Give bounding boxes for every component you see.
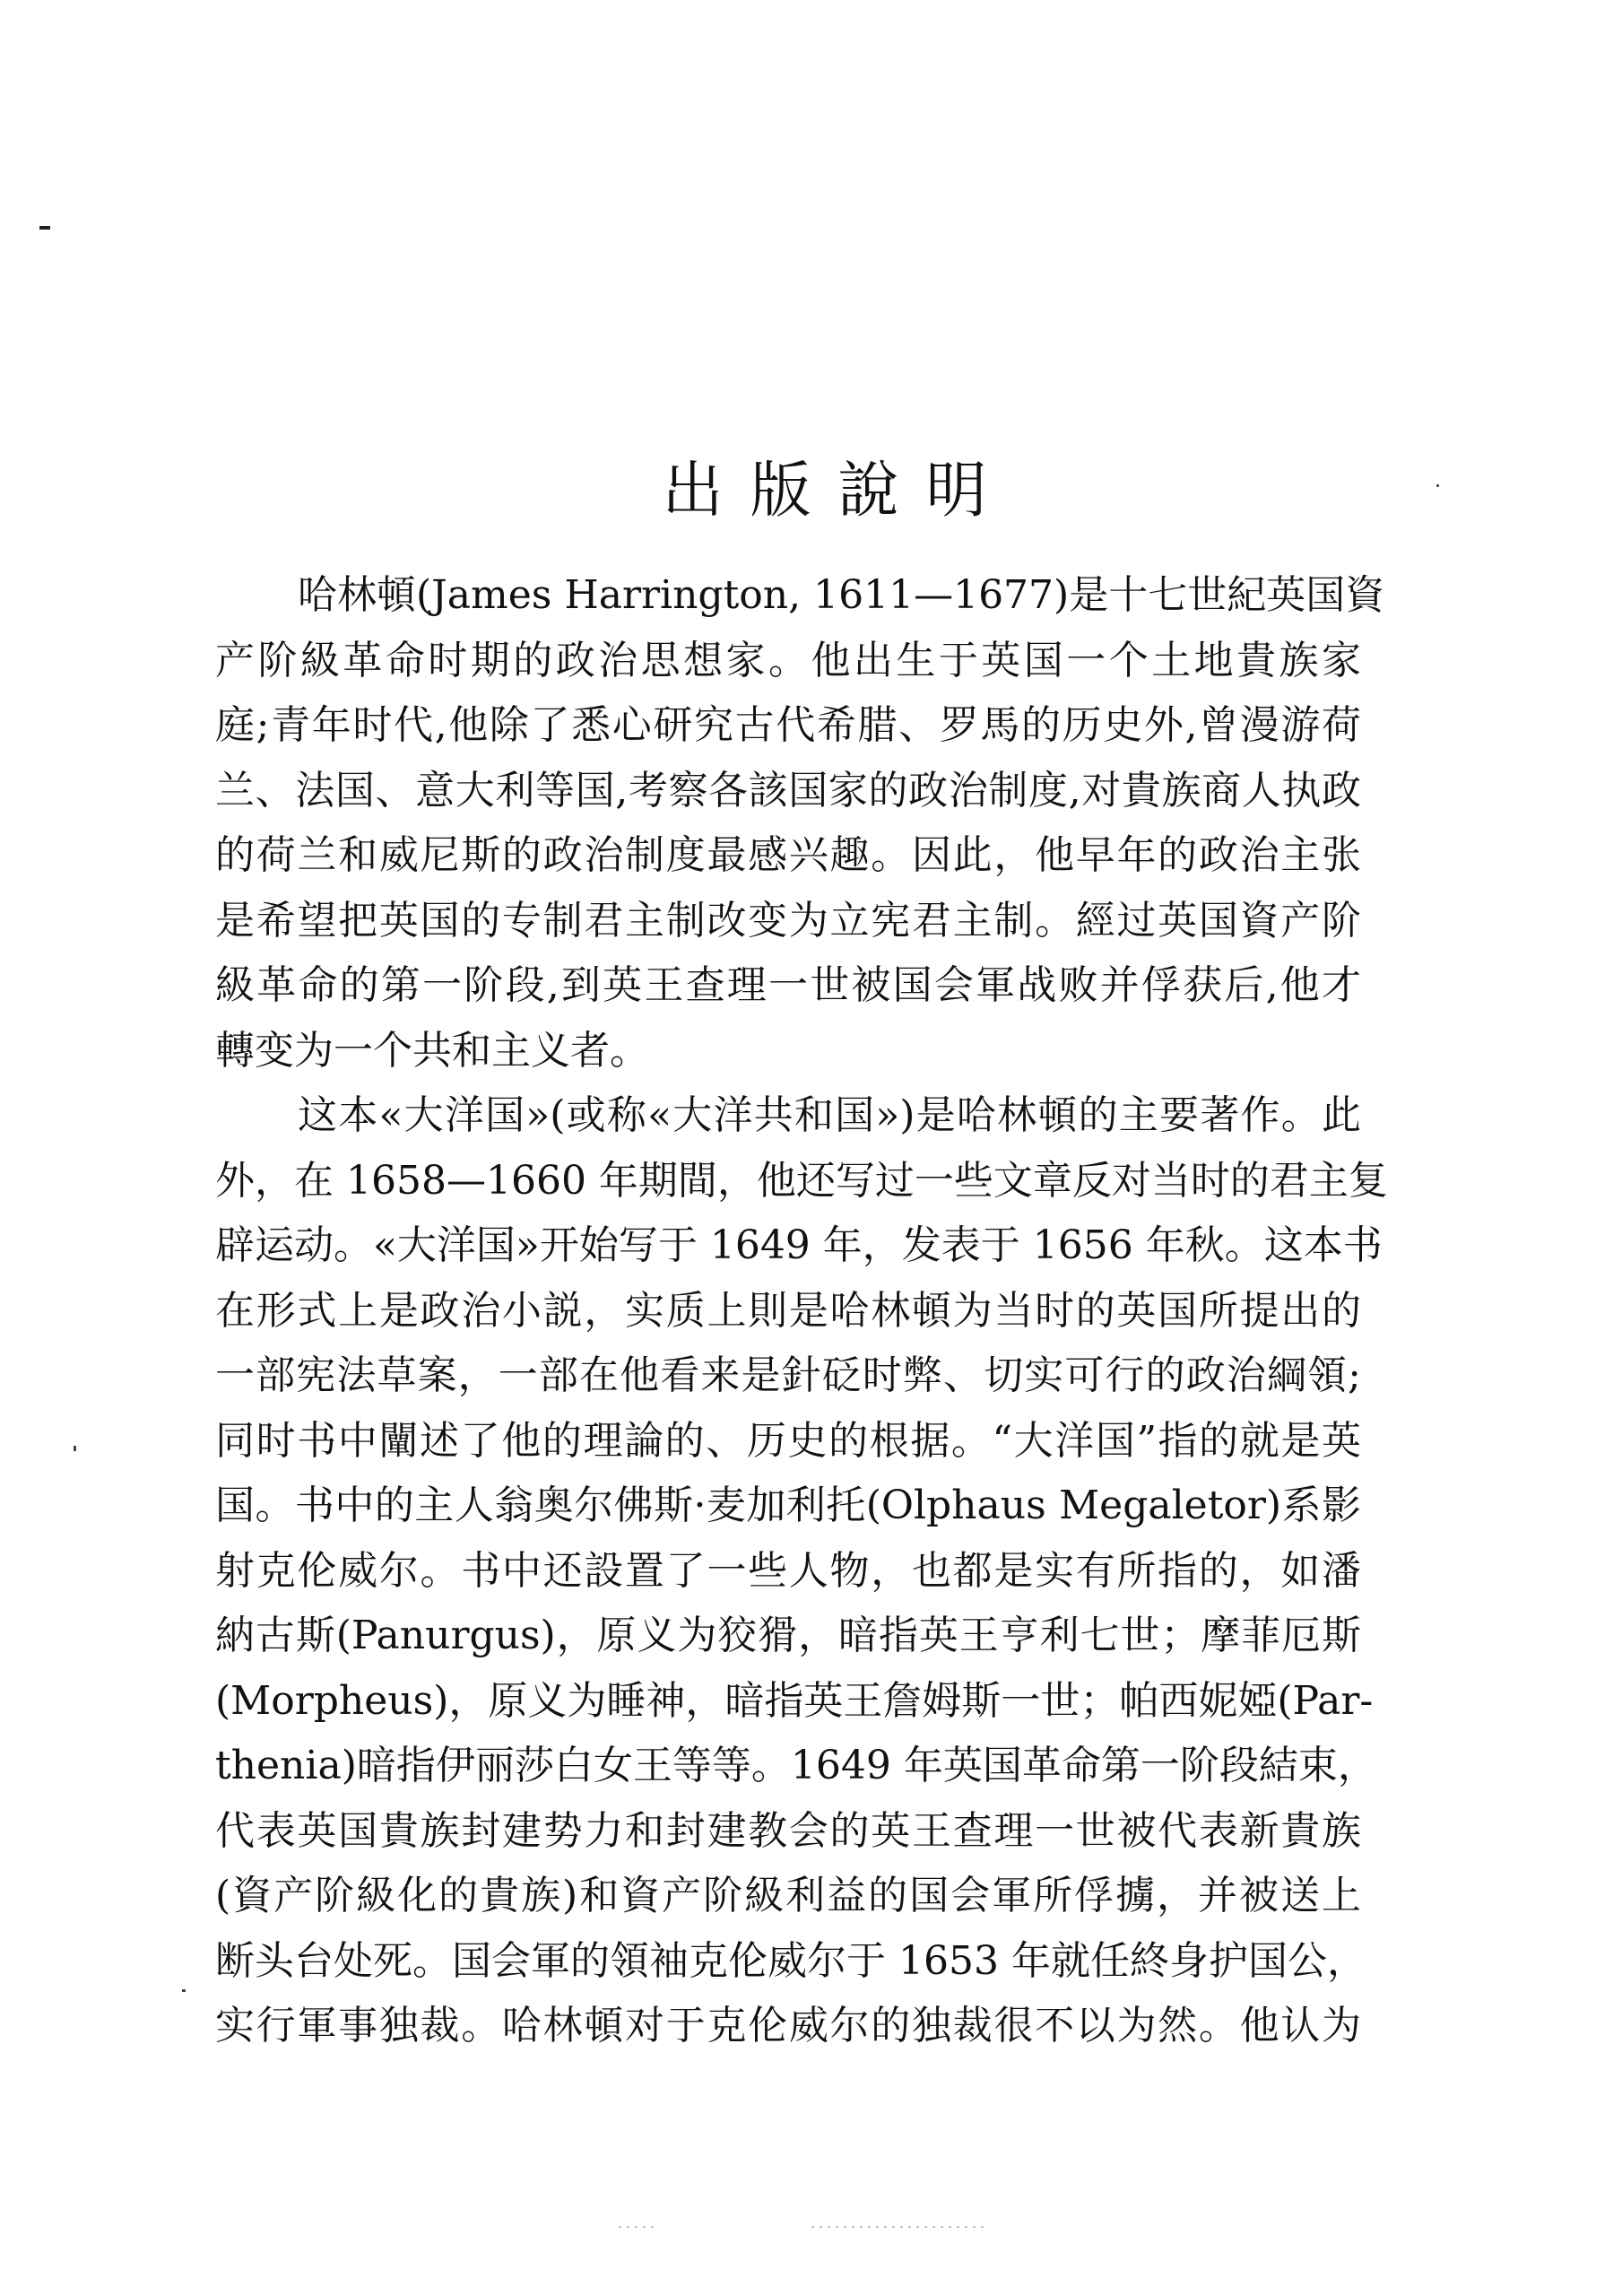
text-line: 同时书中闡述了他的理論的、历史的根据。“大洋国”指的就是英 <box>215 1409 1361 1474</box>
text-line: 外，在 1658—1660 年期間，他还写过一些文章反对当时的君主复 <box>215 1149 1361 1214</box>
text-line: 哈林頓(James Harrington, 1611—1677)是十七世紀英国資 <box>215 563 1361 629</box>
text-line: 射克伦威尔。书中还設置了一些人物，也都是实有所指的，如潘 <box>215 1539 1361 1605</box>
text-line: 的荷兰和威尼斯的政治制度最感兴趣。因此，他早年的政治主张 <box>215 823 1361 889</box>
text-line: 級革命的第一阶段,到英王查理一世被国会軍战败并俘获后,他才 <box>215 953 1361 1019</box>
scanned-page: 出版說明 哈林頓(James Harrington, 1611—1677)是十七… <box>0 0 1622 2296</box>
text-line: 納古斯(Panurgus)，原义为狡猾，暗指英王亨利七世；摩菲厄斯 <box>215 1604 1361 1669</box>
text-line: (Morpheus)，原义为睡神，暗指英王詹姆斯一世；帕西妮婭(Par- <box>215 1669 1361 1735</box>
text-line: 是希望把英国的专制君主制改变为立宪君主制。經过英国資产阶 <box>215 889 1361 954</box>
text-line: (資产阶級化的貴族)和資产阶級利益的国会軍所俘擄，并被送上 <box>215 1864 1361 1929</box>
text-line: 实行軍事独裁。哈林頓对于克伦威尔的独裁很不以为然。他认为 <box>215 1994 1361 2059</box>
text-line: 代表英国貴族封建势力和封建教会的英王查理一世被代表新貴族 <box>215 1799 1361 1865</box>
scan-artifact-footer-noise <box>619 2226 655 2228</box>
text-line: thenia)暗指伊丽莎白女王等等。1649 年英国革命第一阶段結束， <box>215 1734 1361 1799</box>
text-line: 在形式上是政治小説，实质上則是哈林頓为当时的英国所提出的 <box>215 1279 1361 1344</box>
text-line: 产阶級革命时期的政治思想家。他出生于英国一个土地貴族家 <box>215 629 1361 694</box>
text-line: 庭;青年时代,他除了悉心研究古代希腊、罗馬的历史外,曾漫游荷 <box>215 693 1361 759</box>
text-line: 这本«大洋国»(或称«大洋共和国»)是哈林頓的主要著作。此 <box>215 1083 1361 1149</box>
scan-artifact-dot <box>74 1446 76 1451</box>
text-line: 国。书中的主人翁奥尔佛斯·麦加利托(Olphaus Megaletor)系影 <box>215 1474 1361 1539</box>
page-title: 出版說明 <box>0 456 1622 527</box>
text-line: 辟运动。«大洋国»开始写于 1649 年，发表于 1656 年秋。这本书 <box>215 1213 1361 1279</box>
scan-artifact-dot <box>182 1989 186 1992</box>
text-line: 一部宪法草案，一部在他看来是針砭时弊、切实可行的政治綱領; <box>215 1344 1361 1409</box>
paragraph-2: 这本«大洋国»(或称«大洋共和国»)是哈林頓的主要著作。此 外，在 1658—1… <box>215 1083 1361 2059</box>
text-line: 断头台处死。国会軍的領袖克伦威尔于 1653 年就任終身护国公， <box>215 1929 1361 1995</box>
scan-artifact-footer-noise <box>811 2226 986 2228</box>
scan-artifact-dash <box>39 226 50 230</box>
body-text: 哈林頓(James Harrington, 1611—1677)是十七世紀英国資… <box>215 563 1361 2059</box>
text-line: 兰、法国、意大利等国,考察各該国家的政治制度,对貴族商人执政 <box>215 759 1361 824</box>
paragraph-1: 哈林頓(James Harrington, 1611—1677)是十七世紀英国資… <box>215 563 1361 1083</box>
text-line: 轉变为一个共和主义者。 <box>215 1019 1361 1084</box>
